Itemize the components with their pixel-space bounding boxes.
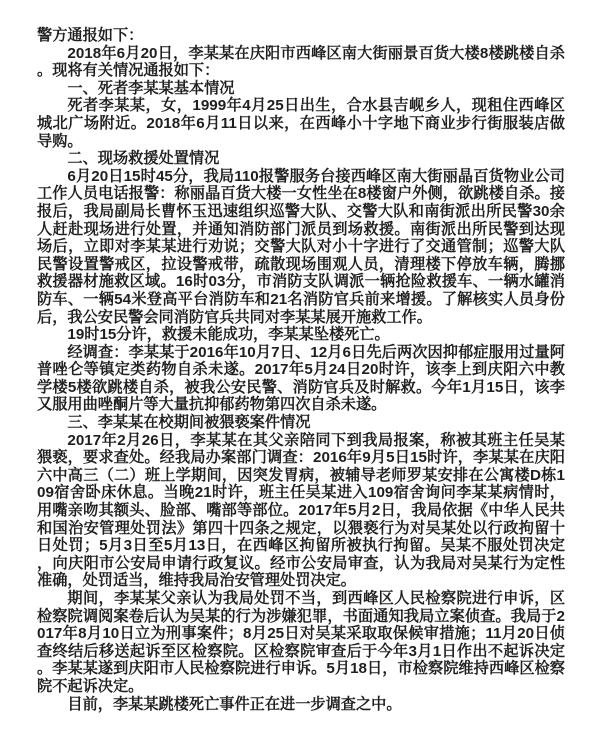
section-3-body-case: 2017年2月26日，李某某在其父亲陪同下到我局报案，称被其班主任吴某猥亵，要求… (37, 432, 565, 590)
notice-document: 警方通报如下：2018年6月20日，李某某在庆阳市西峰区南大街丽景百货大楼8楼跳… (0, 0, 600, 739)
section-1-body: 死者李某某，女，1999年4月25日出生，合水县吉岘乡人，现租住西峰区城北广场附… (37, 97, 565, 150)
incident-summary: 2018年6月20日，李某某在庆阳市西峰区南大街丽景百货大楼8楼跳楼自杀。现将有… (37, 45, 565, 80)
notice-body: 警方通报如下：2018年6月20日，李某某在庆阳市西峰区南大街丽景百货大楼8楼跳… (37, 27, 565, 713)
section-3-title: 三、李某某在校期间被猥亵案件情况 (37, 414, 565, 432)
section-2-body-death: 19时15分许，救援未能成功，李某某坠楼死亡。 (37, 326, 565, 344)
section-2-title: 二、现场救援处置情况 (37, 150, 565, 168)
section-1-title: 一、死者李某某基本情况 (37, 80, 565, 98)
section-3-body-prosecution: 期间，李某某父亲认为我局处罚不当，到西峰区人民检察院进行申诉，区检察院调阅案卷后… (37, 590, 565, 696)
section-2-body-rescue: 6月20日15时45分，我局110报警服务台接西峰区南大街丽晶百货物业公司工作人… (37, 168, 565, 326)
notice-intro: 警方通报如下： (37, 27, 565, 45)
closing-line: 目前，李某某跳楼死亡事件正在进一步调查之中。 (37, 696, 565, 714)
section-2-body-history: 经调查：李某某于2016年10月7日、12月6日先后两次因抑郁症服用过量阿普唑仑… (37, 344, 565, 414)
